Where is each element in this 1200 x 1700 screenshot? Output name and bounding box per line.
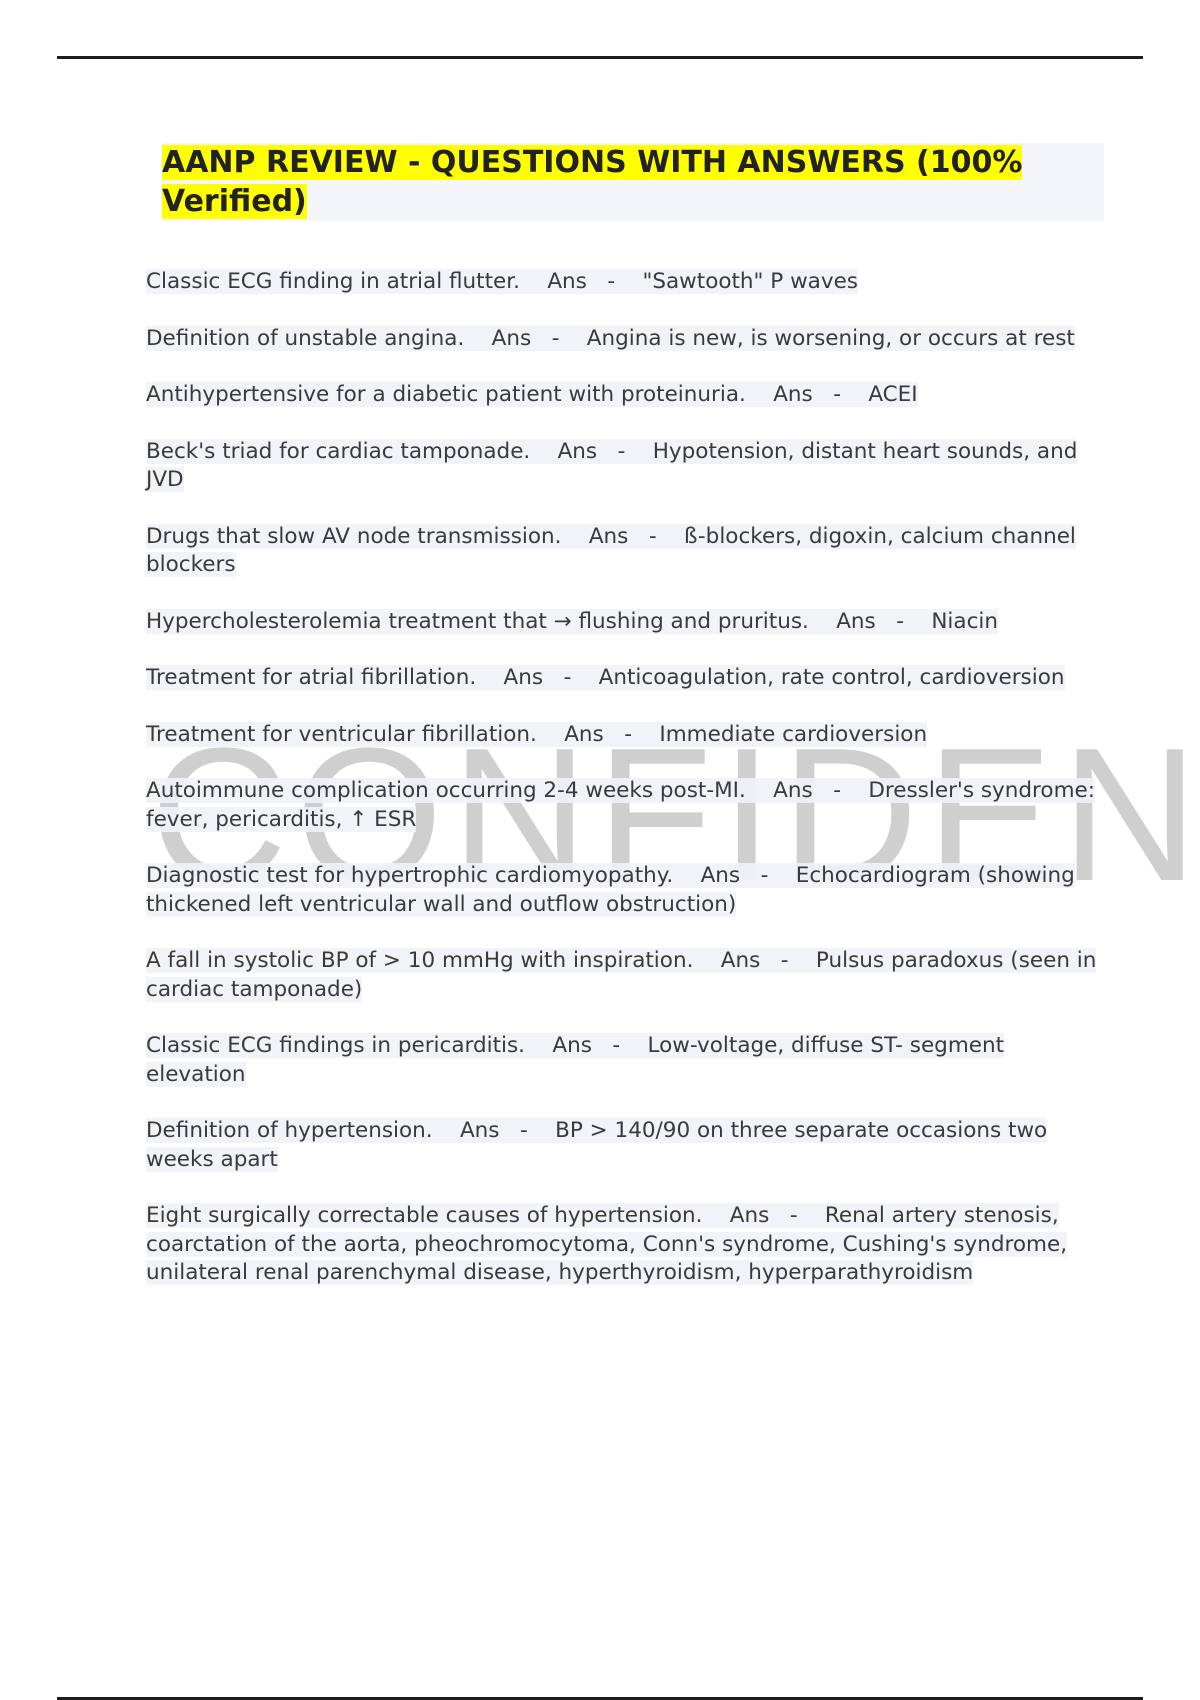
answer-text: Angina is new, is worsening, or occurs a… bbox=[587, 326, 1075, 351]
title-line-2: Verified) bbox=[162, 184, 307, 219]
answer-separator: Ans - bbox=[746, 382, 868, 407]
qa-item-11: A fall in systolic BP of > 10 mmHg with … bbox=[146, 947, 1106, 1004]
page-title: AANP REVIEW - QUESTIONS WITH ANSWERS (10… bbox=[162, 143, 1104, 221]
answer-text: ACEI bbox=[868, 382, 917, 407]
qa-item-1: Classic ECG finding in atrial flutter. A… bbox=[146, 268, 1106, 297]
question-text: Classic ECG findings in pericarditis. bbox=[146, 1033, 525, 1058]
answer-text: Niacin bbox=[931, 609, 998, 634]
qa-item-13: Definition of hypertension. Ans - BP > 1… bbox=[146, 1117, 1106, 1174]
answer-separator: Ans - bbox=[464, 326, 586, 351]
question-text: Eight surgically correctable causes of h… bbox=[146, 1203, 702, 1228]
answer-separator: Ans - bbox=[530, 439, 652, 464]
top-rule bbox=[57, 56, 1143, 59]
qa-item-4: Beck's triad for cardiac tamponade. Ans … bbox=[146, 438, 1106, 495]
qa-item-8: Treatment for ventricular fibrillation. … bbox=[146, 721, 1106, 750]
answer-text: Anticoagulation, rate control, cardiover… bbox=[599, 665, 1065, 690]
qa-list: Classic ECG finding in atrial flutter. A… bbox=[146, 268, 1106, 1316]
question-text: Hypercholesterolemia treatment that → fl… bbox=[146, 609, 809, 634]
answer-separator: Ans - bbox=[537, 722, 659, 747]
qa-item-9: Autoimmune complication occurring 2-4 we… bbox=[146, 777, 1106, 834]
question-text: Drugs that slow AV node transmission. bbox=[146, 524, 562, 549]
answer-separator: Ans - bbox=[433, 1118, 555, 1143]
qa-item-6: Hypercholesterolemia treatment that → fl… bbox=[146, 608, 1106, 637]
question-text: Definition of unstable angina. bbox=[146, 326, 464, 351]
question-text: Antihypertensive for a diabetic patient … bbox=[146, 382, 746, 407]
question-text: Beck's triad for cardiac tamponade. bbox=[146, 439, 530, 464]
answer-separator: Ans - bbox=[693, 948, 815, 973]
qa-item-12: Classic ECG findings in pericarditis. An… bbox=[146, 1032, 1106, 1089]
answer-separator: Ans - bbox=[673, 863, 795, 888]
answer-separator: Ans - bbox=[520, 269, 642, 294]
answer-separator: Ans - bbox=[746, 778, 868, 803]
question-text: Definition of hypertension. bbox=[146, 1118, 433, 1143]
title-line-1: AANP REVIEW - QUESTIONS WITH ANSWERS (10… bbox=[162, 145, 1022, 180]
answer-separator: Ans - bbox=[476, 665, 598, 690]
qa-item-14: Eight surgically correctable causes of h… bbox=[146, 1202, 1106, 1288]
qa-item-5: Drugs that slow AV node transmission. An… bbox=[146, 523, 1106, 580]
qa-item-3: Antihypertensive for a diabetic patient … bbox=[146, 381, 1106, 410]
answer-separator: Ans - bbox=[809, 609, 931, 634]
answer-separator: Ans - bbox=[562, 524, 684, 549]
question-text: Treatment for ventricular fibrillation. bbox=[146, 722, 537, 747]
question-text: Classic ECG finding in atrial flutter. bbox=[146, 269, 520, 294]
question-text: Autoimmune complication occurring 2-4 we… bbox=[146, 778, 746, 803]
qa-item-2: Definition of unstable angina. Ans - Ang… bbox=[146, 325, 1106, 354]
answer-separator: Ans - bbox=[702, 1203, 824, 1228]
qa-item-7: Treatment for atrial fibrillation. Ans -… bbox=[146, 664, 1106, 693]
question-text: Diagnostic test for hypertrophic cardiom… bbox=[146, 863, 673, 888]
qa-item-10: Diagnostic test for hypertrophic cardiom… bbox=[146, 862, 1106, 919]
answer-text: Immediate cardioversion bbox=[659, 722, 927, 747]
title-block: AANP REVIEW - QUESTIONS WITH ANSWERS (10… bbox=[162, 143, 1104, 221]
question-text: A fall in systolic BP of > 10 mmHg with … bbox=[146, 948, 693, 973]
answer-text: "Sawtooth" P waves bbox=[642, 269, 858, 294]
question-text: Treatment for atrial fibrillation. bbox=[146, 665, 476, 690]
answer-separator: Ans - bbox=[525, 1033, 647, 1058]
